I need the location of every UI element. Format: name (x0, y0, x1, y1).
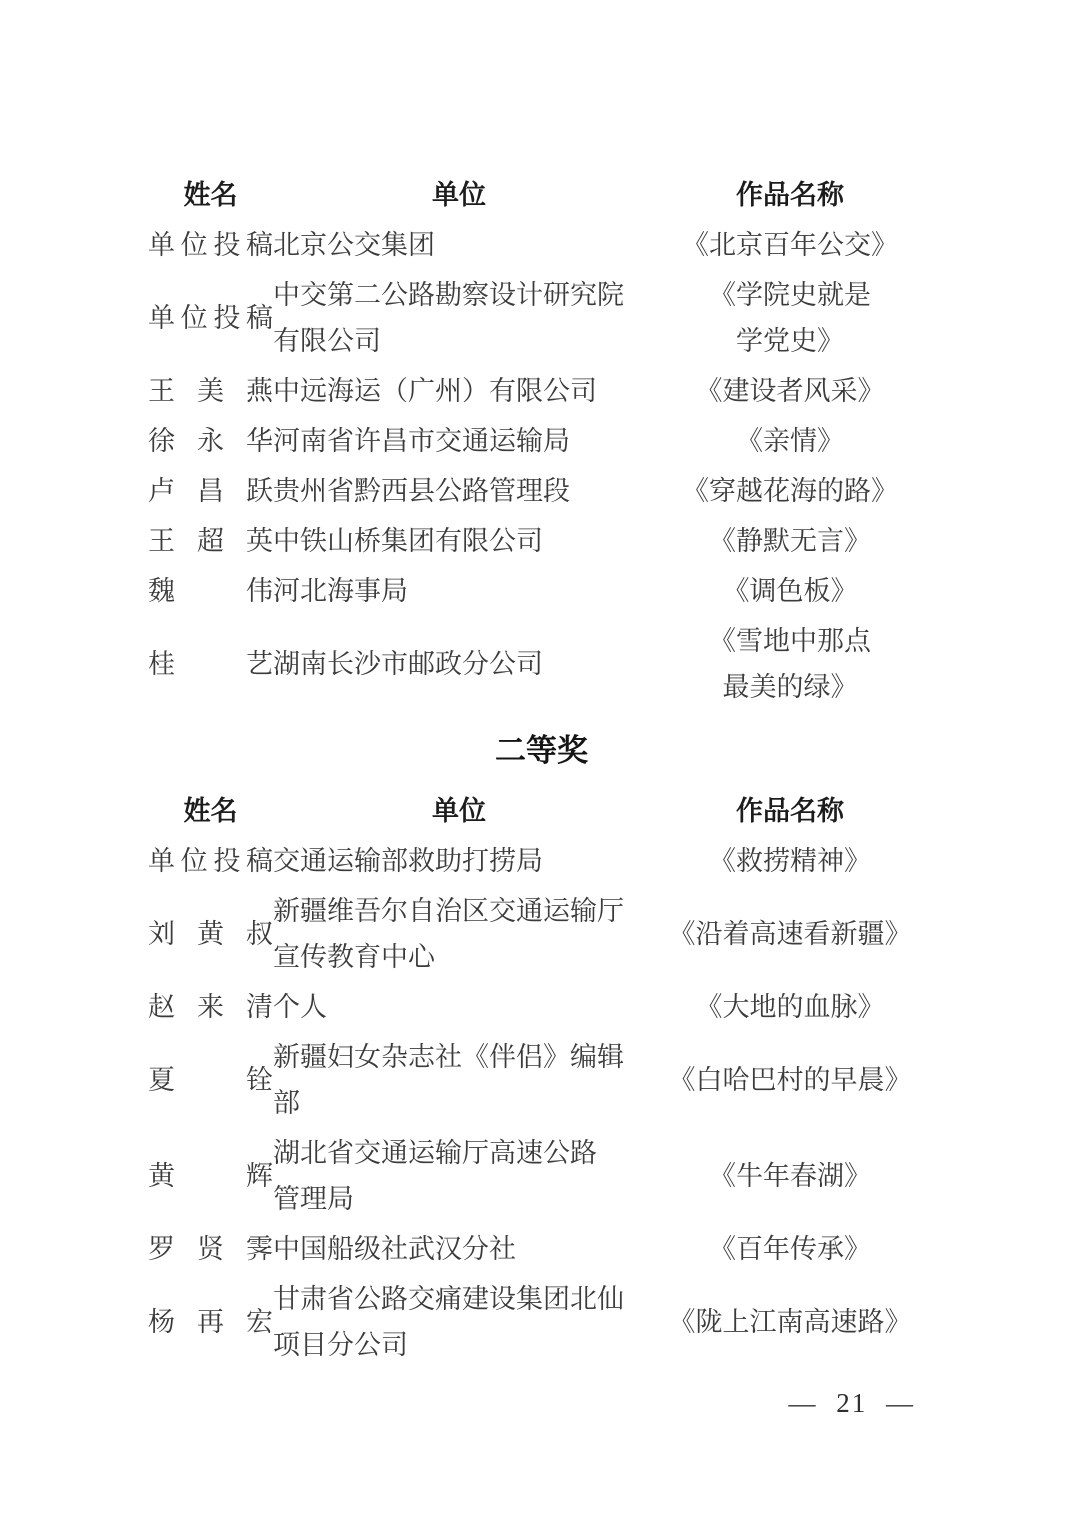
table-row: 夏 铨 新疆妇女杂志社《伴侣》编辑 部 《白哈巴村的早晨》 (148, 1034, 935, 1126)
work-title-cell: 《白哈巴村的早晨》 (645, 1057, 935, 1103)
work-title-cell: 《救捞精神》 (645, 838, 935, 884)
table-row: 徐永华 河南省许昌市交通运输局 《亲情》 (148, 418, 935, 464)
org-line: 交通运输部救助打捞局 (273, 838, 645, 884)
org-line: 北京公交集团 (273, 222, 645, 268)
work-title-cell: 《北京百年公交》 (645, 222, 935, 268)
name-cell: 黄 辉 (148, 1153, 273, 1199)
name-cell: 刘黄叔 (148, 911, 273, 957)
work-line: 《雪地中那点 (645, 618, 935, 664)
table-row: 单位投稿 北京公交集团 《北京百年公交》 (148, 222, 935, 268)
page-number: — 21 — (148, 1380, 935, 1426)
work-line: 《牛年春湖》 (645, 1153, 935, 1199)
work-line: 《调色板》 (645, 568, 935, 614)
awards-table-second-prize: 姓名 单位 作品名称 单位投稿 交通运输部救助打捞局 《救捞精神》 刘黄叔 新疆… (148, 788, 935, 1368)
work-title-cell: 《雪地中那点 最美的绿》 (645, 618, 935, 710)
work-line: 《穿越花海的路》 (645, 468, 935, 514)
column-header-work: 作品名称 (645, 172, 935, 218)
org-line: 中国船级社武汉分社 (273, 1226, 645, 1272)
work-line: 《亲情》 (645, 418, 935, 464)
work-line: 《学院史就是 (645, 272, 935, 318)
name-cell: 单位投稿 (148, 295, 273, 341)
org-cell: 湖北省交通运输厅高速公路 管理局 (273, 1130, 645, 1222)
column-header-org: 单位 (273, 172, 645, 218)
org-line: 新疆维吾尔自治区交通运输厅 (273, 888, 645, 934)
work-line: 《静默无言》 (645, 518, 935, 564)
work-title-cell: 《学院史就是 学党史》 (645, 272, 935, 364)
name-cell: 杨再宏 (148, 1299, 273, 1345)
table-row: 杨再宏 甘肃省公路交痛建设集团北仙 项目分公司 《陇上江南高速路》 (148, 1276, 935, 1368)
name-cell: 单位投稿 (148, 838, 273, 884)
org-cell: 交通运输部救助打捞局 (273, 838, 645, 884)
work-title-cell: 《亲情》 (645, 418, 935, 464)
work-line: 《陇上江南高速路》 (645, 1299, 935, 1345)
org-cell: 新疆维吾尔自治区交通运输厅 宣传教育中心 (273, 888, 645, 980)
document-page: 姓名 单位 作品名称 单位投稿 北京公交集团 《北京百年公交》 单位投稿 中交第… (0, 0, 1080, 1426)
work-line: 《白哈巴村的早晨》 (645, 1057, 935, 1103)
table-row: 魏 伟 河北海事局 《调色板》 (148, 568, 935, 614)
org-line: 部 (273, 1080, 645, 1126)
org-cell: 北京公交集团 (273, 222, 645, 268)
work-line: 《北京百年公交》 (645, 222, 935, 268)
org-cell: 中国船级社武汉分社 (273, 1226, 645, 1272)
name-cell: 赵来清 (148, 984, 273, 1030)
work-title-cell: 《百年传承》 (645, 1226, 935, 1272)
name-cell: 卢昌跃 (148, 468, 273, 514)
org-cell: 个人 (273, 984, 645, 1030)
org-line: 中远海运（广州）有限公司 (273, 368, 645, 414)
table-header-row: 姓名 单位 作品名称 (148, 788, 935, 834)
column-header-org: 单位 (273, 788, 645, 834)
table-row: 单位投稿 中交第二公路勘察设计研究院 有限公司 《学院史就是 学党史》 (148, 272, 935, 364)
name-cell: 魏 伟 (148, 568, 273, 614)
awards-table-1: 姓名 单位 作品名称 单位投稿 北京公交集团 《北京百年公交》 单位投稿 中交第… (148, 172, 935, 710)
work-title-cell: 《大地的血脉》 (645, 984, 935, 1030)
table-row: 罗贤霁 中国船级社武汉分社 《百年传承》 (148, 1226, 935, 1272)
org-line: 中交第二公路勘察设计研究院 (273, 272, 645, 318)
work-line: 《沿着高速看新疆》 (645, 911, 935, 957)
name-cell: 王美燕 (148, 368, 273, 414)
table-row: 王美燕 中远海运（广州）有限公司 《建设者风采》 (148, 368, 935, 414)
table-row: 黄 辉 湖北省交通运输厅高速公路 管理局 《牛年春湖》 (148, 1130, 935, 1222)
org-line: 湖南长沙市邮政分公司 (273, 641, 645, 687)
org-line: 河北海事局 (273, 568, 645, 614)
name-cell: 徐永华 (148, 418, 273, 464)
work-line: 《救捞精神》 (645, 838, 935, 884)
org-cell: 甘肃省公路交痛建设集团北仙 项目分公司 (273, 1276, 645, 1368)
name-cell: 夏 铨 (148, 1057, 273, 1103)
work-line: 《建设者风采》 (645, 368, 935, 414)
work-title-cell: 《静默无言》 (645, 518, 935, 564)
org-line: 有限公司 (273, 318, 645, 364)
org-line: 中铁山桥集团有限公司 (273, 518, 645, 564)
org-line: 项目分公司 (273, 1322, 645, 1368)
name-cell: 单位投稿 (148, 222, 273, 268)
table-row: 桂 艺 湖南长沙市邮政分公司 《雪地中那点 最美的绿》 (148, 618, 935, 710)
org-cell: 中交第二公路勘察设计研究院 有限公司 (273, 272, 645, 364)
work-line: 最美的绿》 (645, 664, 935, 710)
work-title-cell: 《建设者风采》 (645, 368, 935, 414)
section-title-second-prize: 二等奖 (148, 728, 935, 774)
table-header-row: 姓名 单位 作品名称 (148, 172, 935, 218)
column-header-name: 姓名 (148, 172, 273, 218)
org-cell: 河北海事局 (273, 568, 645, 614)
table-row: 单位投稿 交通运输部救助打捞局 《救捞精神》 (148, 838, 935, 884)
work-line: 《百年传承》 (645, 1226, 935, 1272)
name-cell: 王超英 (148, 518, 273, 564)
column-header-work: 作品名称 (645, 788, 935, 834)
org-line: 管理局 (273, 1176, 645, 1222)
name-cell: 桂 艺 (148, 641, 273, 687)
org-line: 贵州省黔西县公路管理段 (273, 468, 645, 514)
name-cell: 罗贤霁 (148, 1226, 273, 1272)
work-title-cell: 《陇上江南高速路》 (645, 1299, 935, 1345)
work-title-cell: 《沿着高速看新疆》 (645, 911, 935, 957)
org-cell: 湖南长沙市邮政分公司 (273, 641, 645, 687)
table-row: 赵来清 个人 《大地的血脉》 (148, 984, 935, 1030)
org-line: 新疆妇女杂志社《伴侣》编辑 (273, 1034, 645, 1080)
work-line: 学党史》 (645, 318, 935, 364)
work-title-cell: 《穿越花海的路》 (645, 468, 935, 514)
org-cell: 河南省许昌市交通运输局 (273, 418, 645, 464)
table-row: 卢昌跃 贵州省黔西县公路管理段 《穿越花海的路》 (148, 468, 935, 514)
column-header-name: 姓名 (148, 788, 273, 834)
org-line: 湖北省交通运输厅高速公路 (273, 1130, 645, 1176)
org-line: 河南省许昌市交通运输局 (273, 418, 645, 464)
table-row: 王超英 中铁山桥集团有限公司 《静默无言》 (148, 518, 935, 564)
org-cell: 中铁山桥集团有限公司 (273, 518, 645, 564)
work-title-cell: 《牛年春湖》 (645, 1153, 935, 1199)
org-line: 宣传教育中心 (273, 934, 645, 980)
table-row: 刘黄叔 新疆维吾尔自治区交通运输厅 宣传教育中心 《沿着高速看新疆》 (148, 888, 935, 980)
work-line: 《大地的血脉》 (645, 984, 935, 1030)
work-title-cell: 《调色板》 (645, 568, 935, 614)
org-cell: 中远海运（广州）有限公司 (273, 368, 645, 414)
org-line: 甘肃省公路交痛建设集团北仙 (273, 1276, 645, 1322)
org-line: 个人 (273, 984, 645, 1030)
org-cell: 贵州省黔西县公路管理段 (273, 468, 645, 514)
org-cell: 新疆妇女杂志社《伴侣》编辑 部 (273, 1034, 645, 1126)
